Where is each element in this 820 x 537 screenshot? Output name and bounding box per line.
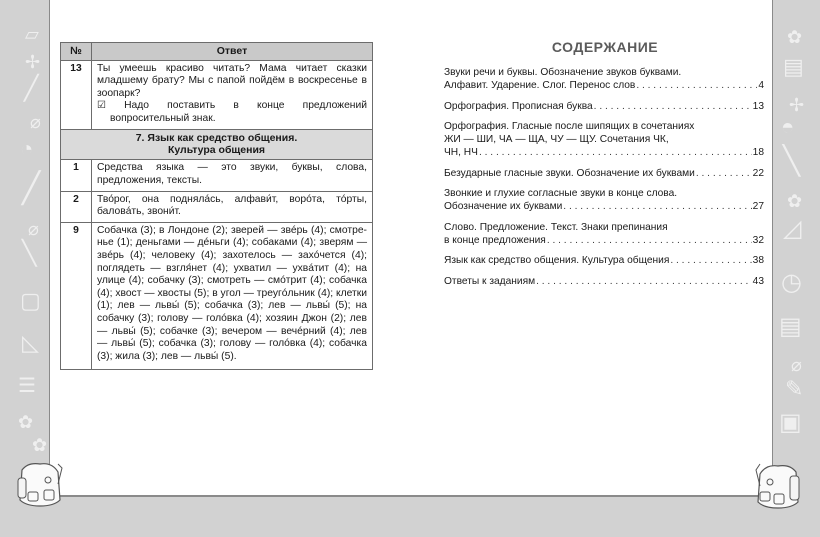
eraser-icon: ▱ [25,25,39,43]
toc-entry-text: ЧН, НЧ [444,146,478,159]
notebook-icon: ▤ [783,58,804,76]
column-header-answer: Ответ [92,43,373,61]
answer-text: Ты умеешь красиво читать? Мама читает ск… [97,63,367,99]
toc-entry[interactable]: Орфография. Гласные после шипящих в соче… [444,120,764,159]
brush-icon: ╲ [783,152,800,170]
toc-entry-last-line: Безударные гласные звуки. Обозначение их… [444,167,764,180]
notebook-icon: ▤ [779,318,802,336]
toc-entry[interactable]: Звуки речи и буквы. Обозначение звуков б… [444,66,764,92]
leader-dots [563,200,751,213]
notebook-icon: ▢ [20,292,41,310]
toc-entry-text: Слово. Предложение. Текст. Знаки препина… [444,221,764,234]
toc-entry[interactable]: Язык как средство общения. Культура обще… [444,254,764,267]
pencil-icon: ╱ [22,180,40,198]
toc-page-number: 13 [753,100,764,113]
toc-entry-text: Орфография. Гласные после шипящих в соче… [444,120,764,133]
column-header-number: № [61,43,92,61]
toc-entry[interactable]: Слово. Предложение. Текст. Знаки препина… [444,221,764,247]
books-icon: ☰ [18,377,36,395]
paperclip-icon: ⌀ [791,356,802,374]
flower-icon: ✿ [32,436,47,454]
toc-entry[interactable]: Безударные гласные звуки. Обозначение их… [444,167,764,180]
alarm-clock-icon: ◷ [781,274,802,292]
leader-dots [594,100,752,113]
pen-icon: ╱ [24,80,38,98]
flower-icon: ✿ [18,413,33,431]
flower-icon: ✿ [787,192,802,210]
table-row: 1 Средства языка — это звуки, буквы, сло… [61,160,373,191]
table-header-row: № Ответ [61,43,373,61]
task-number: 2 [61,191,92,222]
leader-dots [547,234,752,247]
toc-entry-last-line: Язык как средство общения. Культура обще… [444,254,764,267]
task-number: 1 [61,160,92,191]
answer-note: ☑ Надо поставить в конце предложений воп… [97,100,367,125]
sharpener-icon: ✿ [787,28,802,46]
leader-dots [536,275,752,288]
answer-text: Тво́рог, она поднялáсь, алфави́т, ворóта… [92,191,373,222]
protractor-icon: ◔ [20,140,33,158]
answer-text: Собачка (3); в Лондоне (2); зверей — звé… [92,222,373,370]
checkbox-checked-icon: ☑ [97,100,106,111]
protractor-icon: ◓ [781,118,794,136]
toc-page-number: 18 [753,146,764,159]
answer-note-text: Надо поставить в конце предложений вопро… [110,100,367,124]
toc-entry[interactable]: Ответы к заданиям43 [444,275,764,288]
toc-entry-text: Алфавит. Ударение. Слог. Перенос слов [444,79,635,92]
table-row: 13 Ты умеешь красиво читать? Мама читает… [61,60,373,129]
toc-entry-last-line: Алфавит. Ударение. Слог. Перенос слов4 [444,79,764,92]
leader-dots [479,146,752,159]
section-heading-row: 7. Язык как средство общения. Культура о… [61,129,373,160]
right-margin-decoration: ✿ ▤ ✢ ◓ ╲ ✿ ◿ ◷ ▤ ⌀ ✎ ▣ [771,0,820,537]
toc-entry-last-line: Ответы к заданиям43 [444,275,764,288]
answer-cell: Ты умеешь красиво читать? Мама читает ск… [92,60,373,129]
toc-page-number: 43 [753,275,764,288]
toc-entry-text: Обозначение их буквами [444,200,562,213]
pencil-icon: ✎ [785,380,803,398]
toc-entry-text: в конце предложения [444,234,546,247]
table-of-contents: Звуки речи и буквы. Обозначение звуков б… [444,66,764,295]
pushpin-icon: ✢ [25,53,40,71]
backpack-icon [752,462,804,510]
table-row: 9 Собачка (3); в Лондоне (2); зверей — з… [61,222,373,370]
task-number: 9 [61,222,92,370]
triangle-ruler-icon: ◺ [22,334,39,352]
toc-page-number: 32 [753,234,764,247]
toc-entry-last-line: ЧН, НЧ18 [444,146,764,159]
toc-title: СОДЕРЖАНИЕ [444,39,766,55]
leader-dots [670,254,751,267]
pushpin-icon: ✢ [789,96,804,114]
triangle-ruler-icon: ◿ [783,220,801,238]
book-icon: ▣ [779,414,802,432]
toc-entry-last-line: Обозначение их буквами27 [444,200,764,213]
toc-entry-text: ЖИ — ШИ, ЧА — ЩА, ЧУ — ЩУ. Сочетания ЧК, [444,133,764,146]
answer-text: Средства языка — это звуки, буквы, слова… [92,160,373,191]
section-heading-line-1: 7. Язык как средство общения. [136,132,298,144]
toc-page-number: 27 [753,200,764,213]
pencil-icon: ╲ [22,245,36,263]
answers-table: № Ответ 13 Ты умеешь красиво читать? Мам… [60,42,373,370]
backpack-icon [14,460,66,508]
paperclip-icon: ⌀ [28,220,39,238]
toc-page-number: 38 [753,254,764,267]
paperclip-icon: ⌀ [30,113,41,131]
toc-entry-text: Звуки речи и буквы. Обозначение звуков б… [444,66,764,79]
toc-entry-text: Язык как средство общения. Культура обще… [444,254,669,267]
task-number: 13 [61,60,92,129]
toc-entry-last-line: Орфография. Прописная буква13 [444,100,764,113]
leader-dots [696,167,752,180]
section-heading-line-2: Культура общения [168,144,265,156]
toc-entry-text: Безударные гласные звуки. Обозначение их… [444,167,695,180]
leader-dots [636,79,757,92]
table-row: 2 Тво́рог, она поднялáсь, алфави́т, ворó… [61,191,373,222]
toc-entry-last-line: в конце предложения32 [444,234,764,247]
toc-entry-text: Ответы к заданиям [444,275,535,288]
toc-entry[interactable]: Орфография. Прописная буква13 [444,100,764,113]
left-margin-decoration: ▱ ✢ ╱ ⌀ ◔ ╱ ⌀ ╲ ▢ ◺ ☰ ✿ ✿ [0,0,49,537]
toc-entry[interactable]: Звонкие и глухие согласные звуки в конце… [444,187,764,213]
section-heading: 7. Язык как средство общения. Культура о… [61,129,373,160]
toc-entry-text: Орфография. Прописная буква [444,100,593,113]
toc-page-number: 4 [758,79,764,92]
toc-page-number: 22 [753,167,764,180]
toc-entry-text: Звонкие и глухие согласные звуки в конце… [444,187,764,200]
